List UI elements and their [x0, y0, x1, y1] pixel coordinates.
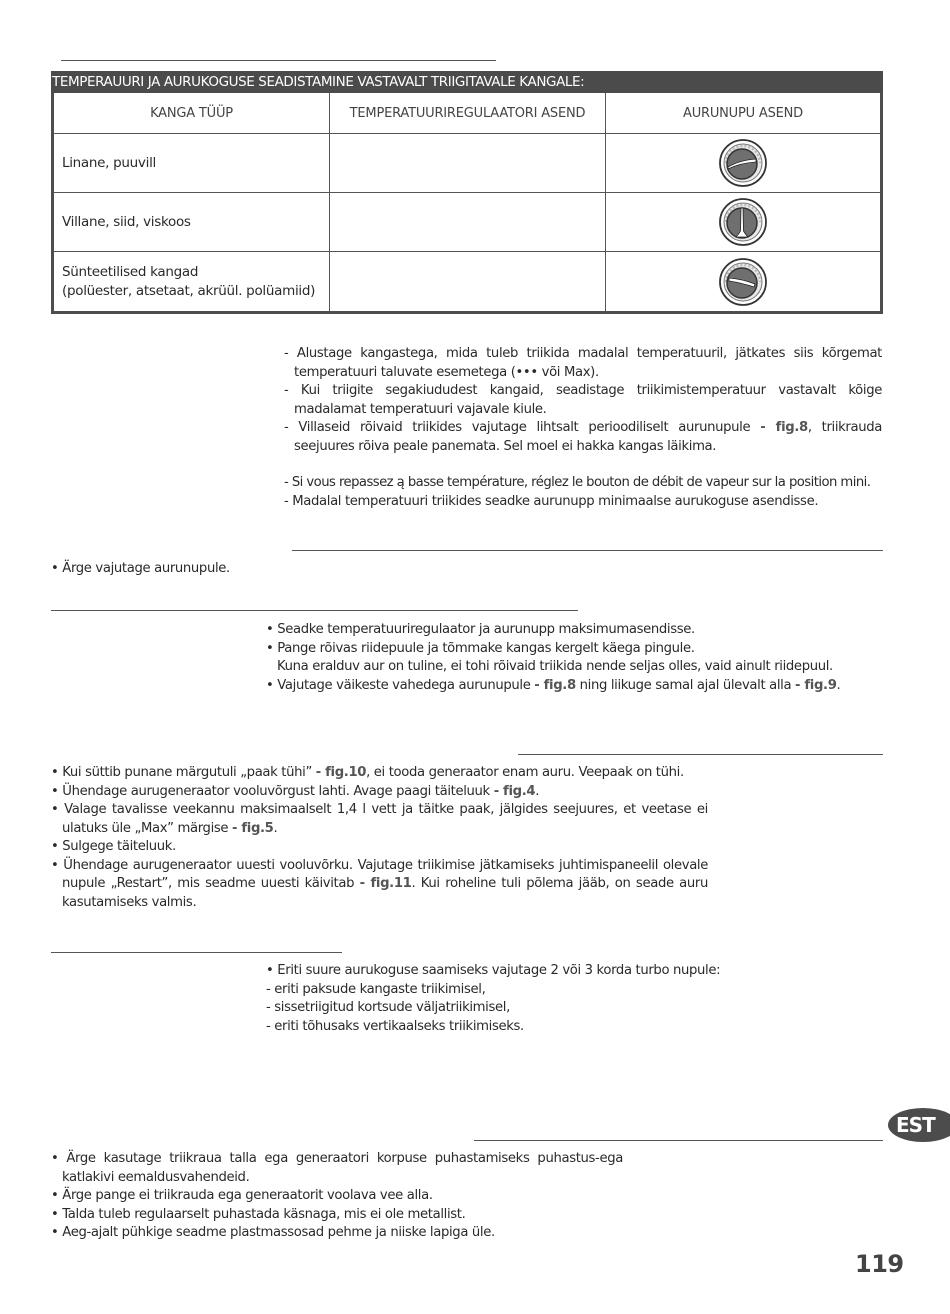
instruction-item: • Seadke temperatuuriregulaator ja aurun…	[266, 621, 886, 640]
turbo-item: - eriti paksude kangaste triikimisel,	[266, 981, 866, 1000]
instruction-item: • Ärge pange ei triikrauda ega generaato…	[51, 1187, 623, 1206]
instruction-item: • Sulgege täiteluuk.	[51, 838, 708, 857]
instruction-item: • Kui süttib punane märgutuli „paak tühi…	[51, 764, 708, 783]
steam-knob-high-icon	[718, 138, 768, 188]
table-row-temperature	[330, 252, 606, 311]
table-row-fabric: Sünteetilised kangad (polüester, atsetaa…	[54, 252, 330, 311]
column-header-fabric: KANGA TÜÜP	[54, 93, 330, 134]
instruction-item: • Ärge kasutage triikraua talla ega gene…	[51, 1150, 623, 1187]
steam-knob-medium-icon	[718, 197, 768, 247]
cleaning-instructions: • Ärge kasutage triikraua talla ega gene…	[51, 1150, 623, 1243]
instruction-item: • Aeg-ajalt pühkige seadme plastmassosad…	[51, 1224, 623, 1243]
figure-reference: - fig.4	[494, 784, 536, 799]
language-badge: EST	[888, 1108, 950, 1142]
instruction-note: Kuna eralduv aur on tuline, ei tohi rõiv…	[266, 658, 886, 677]
table-row-steam	[606, 252, 880, 311]
ironing-tips: - Alustage kangastega, mida tuleb triiki…	[284, 345, 882, 511]
instruction-item: • Talda tuleb regulaarselt puhastada käs…	[51, 1206, 623, 1225]
tip-item: - Villaseid rõivaid triikides vajutage l…	[284, 419, 882, 456]
figure-reference: - fig.9	[795, 678, 837, 693]
table-row-temperature	[330, 134, 606, 193]
instruction-item: • Vajutage väikeste vahedega aurunupule …	[266, 677, 886, 696]
turbo-intro: • Eriti suure aurukoguse saamiseks vajut…	[266, 962, 866, 981]
section-divider	[518, 754, 883, 755]
tip-item-french: - Si vous repassez ą basse température, …	[284, 474, 882, 493]
column-header-steam: AURUNUPU ASEND	[606, 93, 880, 134]
tip-item: - Kui triigite segakiududest kangaid, se…	[284, 382, 882, 419]
table-row-steam	[606, 134, 880, 193]
figure-reference: - fig.8	[534, 678, 576, 693]
table-row-steam	[606, 193, 880, 252]
section-divider	[51, 610, 578, 611]
tip-item-low-temp: - Madalal temperatuuri triikides seadke …	[284, 493, 882, 512]
section-divider	[51, 952, 342, 953]
table-row-fabric: Villane, siid, viskoos	[54, 193, 330, 252]
figure-reference: - fig.8	[760, 420, 808, 435]
table-row-fabric: Linane, puuvill	[54, 134, 330, 193]
turbo-item: - sissetriigitud kortsude väljatriikimis…	[266, 999, 866, 1018]
table-row-temperature	[330, 193, 606, 252]
turbo-item: - eriti tõhusaks vertikaalseks triikimis…	[266, 1018, 866, 1037]
column-header-temperature: TEMPERATUURIREGULAATORI ASEND	[330, 93, 606, 134]
figure-reference: - fig.10	[316, 765, 366, 780]
section-divider	[474, 1140, 883, 1141]
page-number: 119	[855, 1250, 904, 1278]
dry-ironing-note: • Ärge vajutage aurunupule.	[51, 560, 230, 579]
turbo-instructions: • Eriti suure aurukoguse saamiseks vajut…	[266, 962, 866, 1036]
instruction-item: • Pange rõivas riidepuule ja tõmmake kan…	[266, 640, 886, 659]
tip-item: - Alustage kangastega, mida tuleb triiki…	[284, 345, 882, 382]
instruction-item: • Ühendage aurugeneraator uuesti vooluvõ…	[51, 857, 708, 913]
instruction-item: • Ühendage aurugeneraator vooluvõrgust l…	[51, 783, 708, 802]
vertical-steaming-instructions: • Seadke temperatuuriregulaator ja aurun…	[266, 621, 886, 695]
section-divider	[61, 60, 496, 61]
table-title: TEMPERAUURI JA AURUKOGUSE SEADISTAMINE V…	[51, 71, 883, 93]
steam-knob-low-icon	[718, 257, 768, 307]
fabric-settings-table: TEMPERAUURI JA AURUKOGUSE SEADISTAMINE V…	[51, 71, 883, 314]
refill-instructions: • Kui süttib punane märgutuli „paak tühi…	[51, 764, 708, 912]
section-divider	[292, 550, 883, 551]
instruction-item: • Valage tavalisse veekannu maksimaalsel…	[51, 801, 708, 838]
figure-reference: - fig.5	[232, 821, 274, 836]
figure-reference: - fig.11	[360, 876, 412, 891]
